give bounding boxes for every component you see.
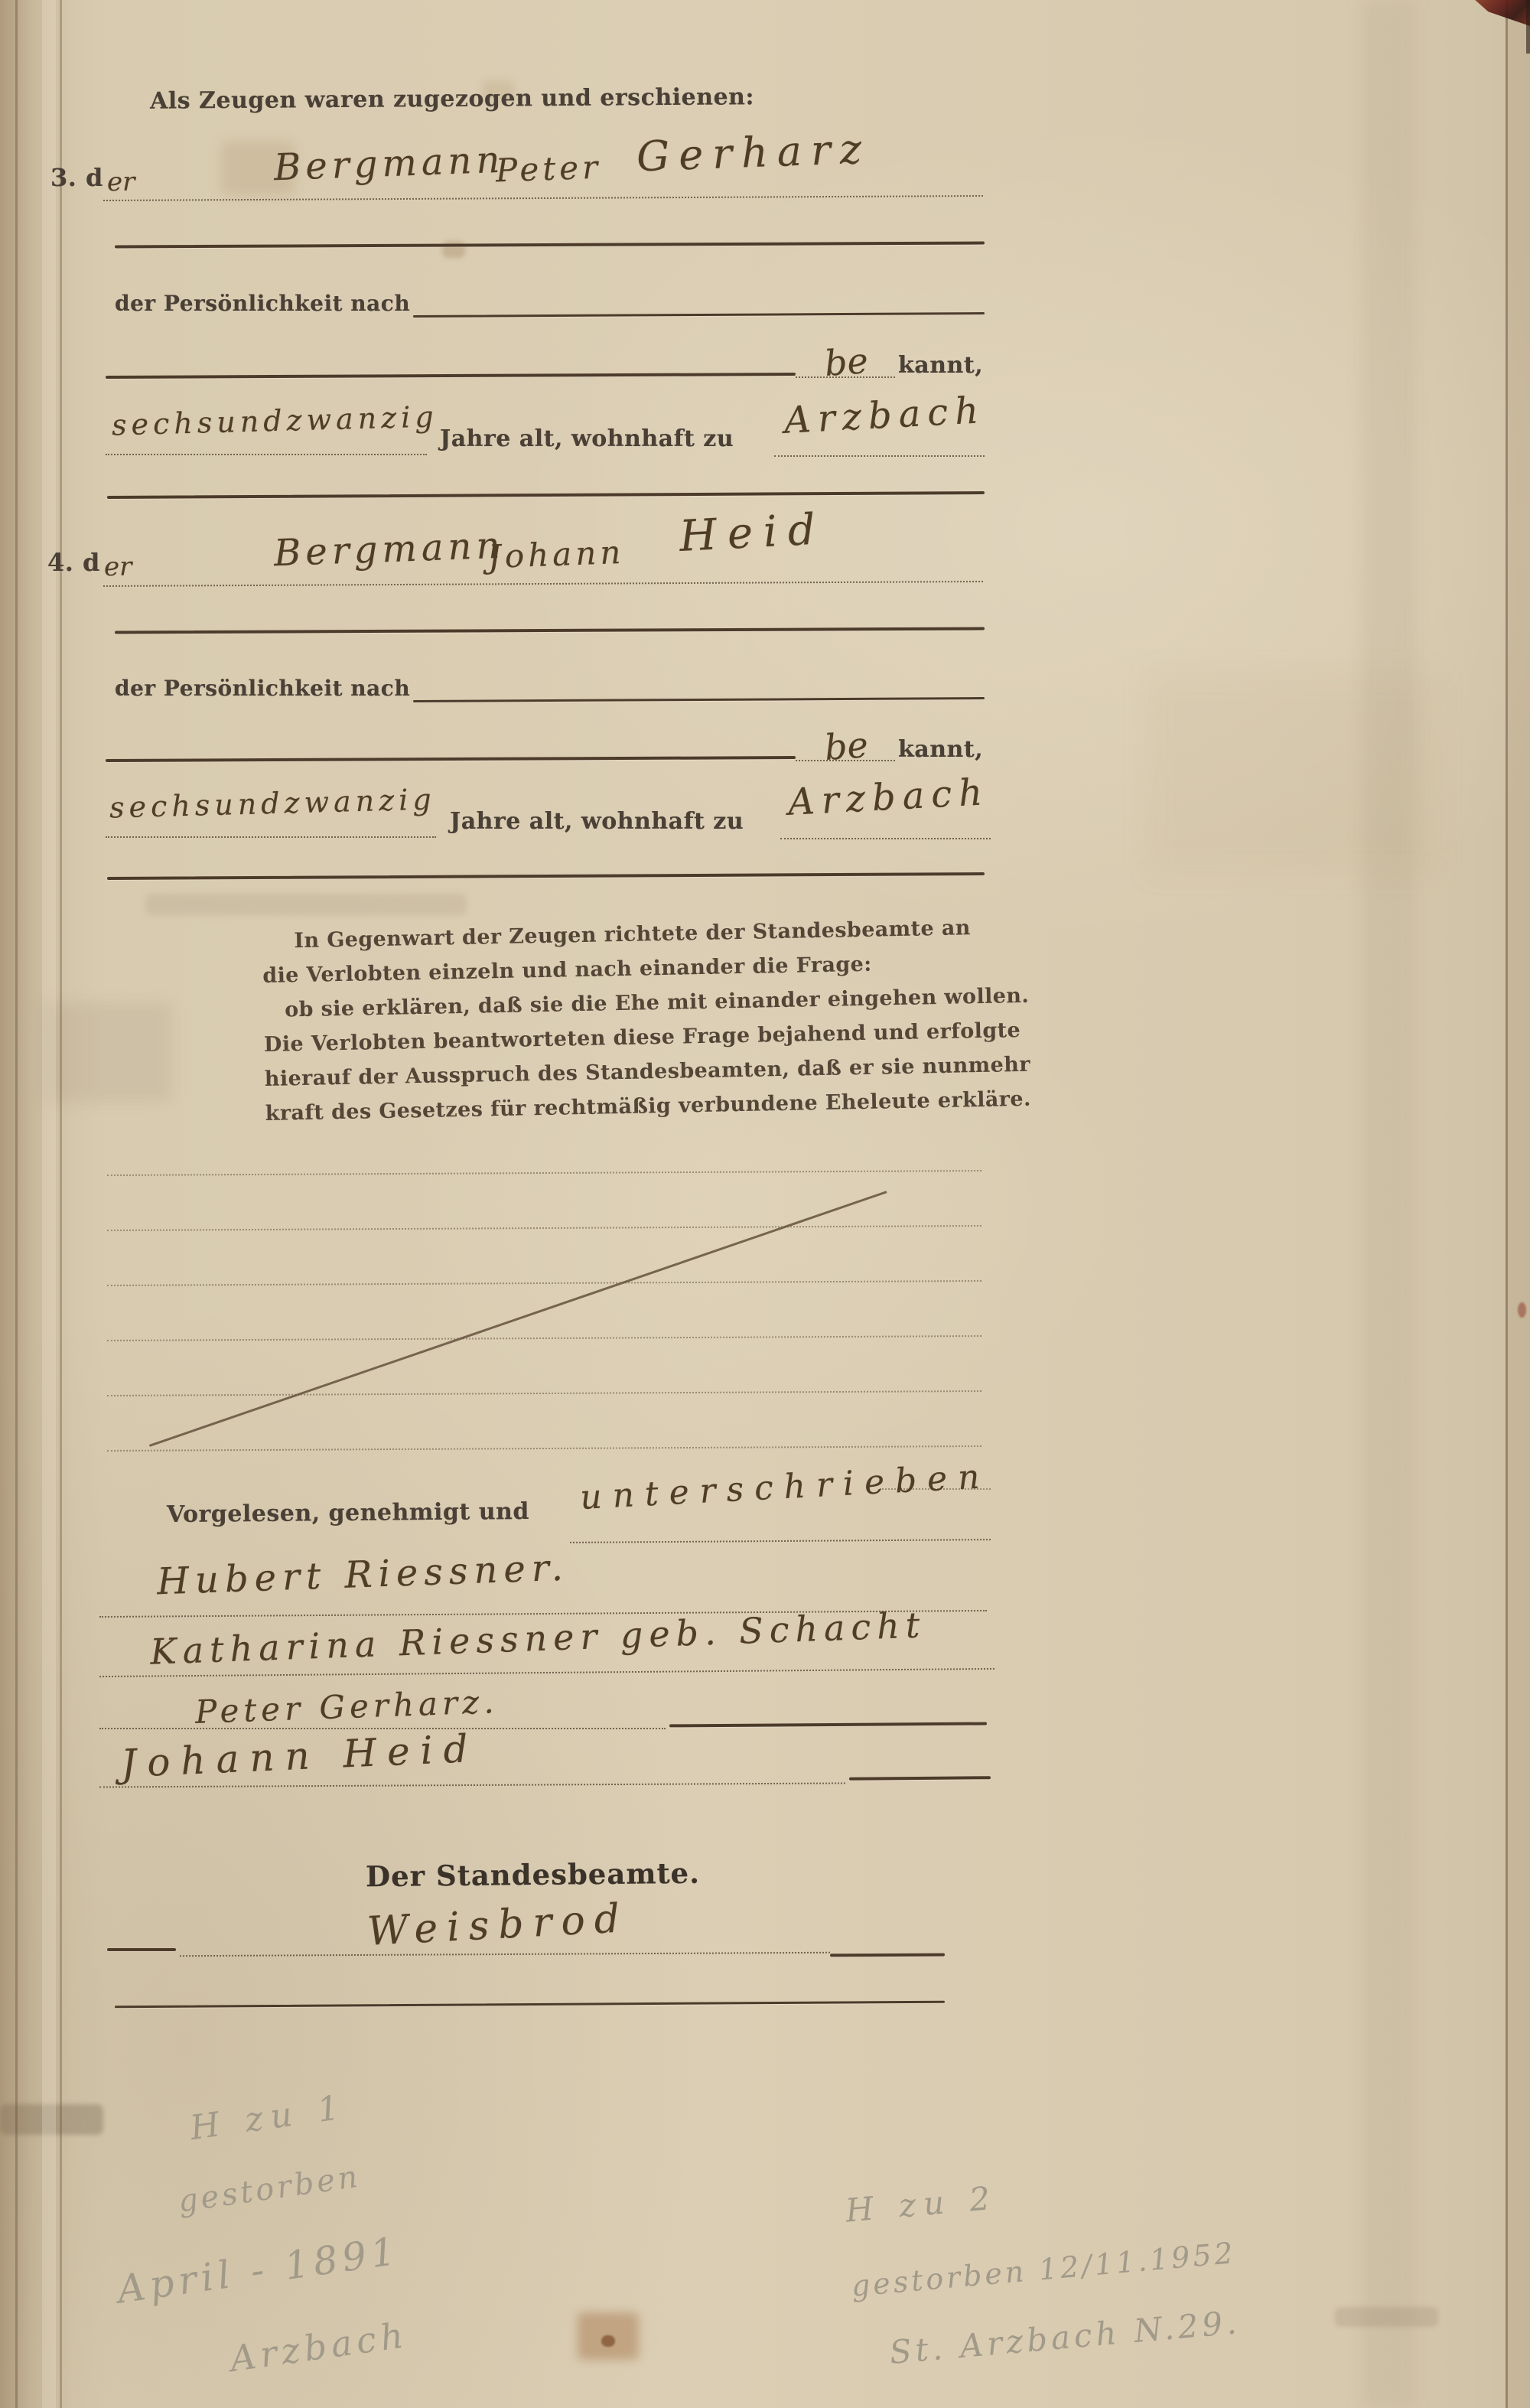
signature-dotted-line <box>99 1782 845 1787</box>
blank-line <box>107 1280 981 1286</box>
witness3-age: sechsundzwanzig <box>111 399 438 442</box>
witness4-identity-label: der Persönlichkeit nach <box>115 676 410 701</box>
page-curl-shading <box>1362 0 1415 2408</box>
witness3-article-handwritten: er <box>107 167 135 197</box>
left-crease-line <box>15 0 18 2408</box>
blank-line <box>107 1225 981 1231</box>
signature-dotted-line <box>99 1728 666 1729</box>
registrar-signature: Weisbrod <box>366 1895 630 1955</box>
witness3-entry-surname: Gerharz <box>636 125 871 181</box>
blank-line <box>107 1335 981 1341</box>
left-crease-highlight <box>42 0 56 2408</box>
entry-dotted-line <box>774 455 985 457</box>
right-edge-strip <box>1508 0 1530 2408</box>
form-rule <box>669 1722 987 1728</box>
book-cover-corner <box>1470 0 1530 26</box>
entry-dotted-line <box>103 195 983 201</box>
signature-groom: Hubert Riessner. <box>156 1546 569 1604</box>
witness4-entry-surname: Heid <box>678 504 827 562</box>
witness3-identity-label: der Persönlichkeit nach <box>115 291 410 316</box>
pencil-note-left: gestorben <box>176 2159 363 2220</box>
pencil-note-right: H zu 2 <box>844 2178 999 2229</box>
witness4-number: 4. <box>47 548 73 577</box>
entry-dotted-line <box>780 838 991 839</box>
form-rule <box>106 373 796 379</box>
form-rule <box>413 312 985 318</box>
form-rule <box>115 242 985 249</box>
witness4-age-suffix: Jahre alt, wohnhaft zu <box>450 808 744 835</box>
form-rule <box>115 627 985 634</box>
form-rule <box>107 1948 176 1951</box>
form-rule <box>830 1953 945 1957</box>
pencil-note-left: Arzbach <box>227 2314 410 2380</box>
witness4-age: sechsundzwanzig <box>109 782 436 824</box>
blank-line <box>107 1445 981 1452</box>
form-rule <box>106 756 796 762</box>
entry-dotted-line <box>103 581 983 587</box>
closing-printed: Vorgelesen, genehmigt und <box>167 1498 529 1528</box>
form-rule <box>115 2001 945 2009</box>
stain <box>601 2335 615 2347</box>
witness4-entry-occupation: Bergmann <box>273 524 505 575</box>
form-rule <box>107 872 985 880</box>
witness-section-header: Als Zeugen waren zugezogen und erschiene… <box>150 83 754 115</box>
witness3-number: 3. <box>50 163 76 192</box>
form-rule <box>107 491 985 499</box>
form-rule <box>849 1776 991 1781</box>
pencil-note-right: gestorben 12/11.1952 <box>850 2236 1237 2303</box>
closing-handwritten: unterschrieben <box>579 1457 991 1517</box>
entry-dotted-line <box>570 1539 991 1543</box>
witness3-article-printed: d <box>86 163 103 192</box>
witness3-entry-occupation: Bergmann <box>273 138 505 189</box>
blank-line <box>107 1170 981 1176</box>
witness3-entry-firstname: Peter <box>495 148 602 190</box>
declaration-paragraph: In Gegenwart der Zeugen richtete der Sta… <box>262 910 1031 1131</box>
witness4-article-printed: d <box>83 548 100 577</box>
blank-line <box>107 1390 981 1396</box>
witness3-known-printed: kannt, <box>898 352 983 379</box>
witness3-residence: Arzbach <box>783 389 987 442</box>
book-cover-sliver <box>1526 0 1530 54</box>
left-crease-line <box>60 0 62 2408</box>
pencil-note-right: St. Arzbach N.29. <box>888 2303 1242 2371</box>
witness4-article-handwritten: er <box>104 552 132 582</box>
bleedthrough-ghost <box>145 894 467 915</box>
witness3-known-handwritten: be <box>823 340 869 384</box>
registrar-title: Der Standesbeamte. <box>366 1856 700 1894</box>
witness4-known-handwritten: be <box>823 724 869 768</box>
entry-dotted-line <box>106 836 436 838</box>
signature-dotted-line <box>180 1952 830 1957</box>
entry-dotted-line <box>106 454 427 455</box>
witness4-entry-firstname: Johann <box>487 533 625 575</box>
signature-witness4: Johann Heid <box>120 1726 480 1786</box>
pencil-note-left: H zu 1 <box>187 2087 349 2148</box>
witness3-age-suffix: Jahre alt, wohnhaft zu <box>440 425 734 452</box>
registry-book-page: Als Zeugen waren zugezogen und erschiene… <box>0 0 1530 2408</box>
witness4-known-printed: kannt, <box>898 736 983 763</box>
pencil-note-left: April - 1891 <box>115 2228 402 2312</box>
signature-witness3: Peter Gerharz. <box>194 1683 499 1731</box>
witness4-residence: Arzbach <box>787 771 991 824</box>
form-rule <box>413 697 985 702</box>
